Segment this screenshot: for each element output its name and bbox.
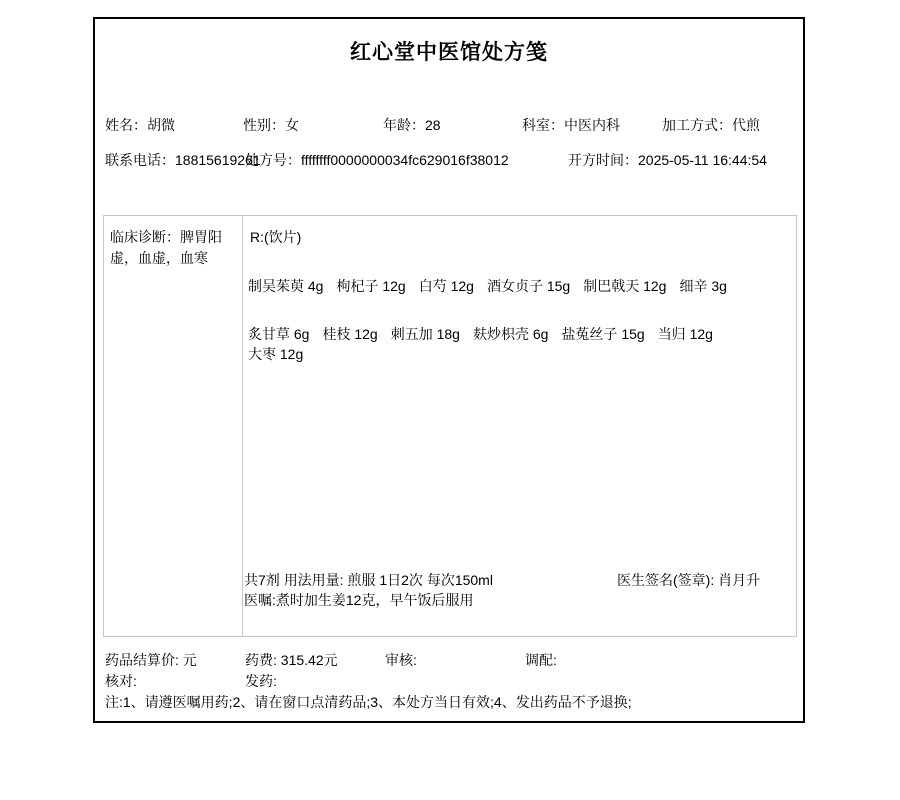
info-age-value: 28 xyxy=(425,117,441,133)
herb-item: 细辛 3g xyxy=(679,278,726,294)
medical-advice: 医嘱:煮时加生姜12克，早午饭后服用 xyxy=(244,590,790,610)
check-field: 核对: xyxy=(105,671,137,691)
herb-dose: 12g xyxy=(451,278,474,294)
herb-name: 白芍 xyxy=(419,278,447,294)
issue-label: 发药: xyxy=(245,673,277,689)
info-rx-time: 开方时间：2025-05-11 16:44:54 xyxy=(568,150,767,170)
herb-line-1: 制吴茱萸 4g枸杞子 12g白芍 12g酒女贞子 15g制巴戟天 12g细辛 3… xyxy=(248,276,788,296)
herb-item: 白芍 12g xyxy=(419,278,474,294)
info-gender: 性别：女 xyxy=(243,115,299,135)
info-rx-number-label: 处方号： xyxy=(245,152,301,168)
footer-note: 注:1、请遵医嘱用药;2、请在窗口点清药品;3、本处方当日有效;4、发出药品不予… xyxy=(105,692,632,712)
dispense-field: 调配: xyxy=(525,650,557,670)
clinical-diagnosis: 临床诊断：脾胃阳虚，血虚，血寒 xyxy=(110,227,236,269)
herb-name: 麸炒枳壳 xyxy=(473,326,529,342)
herb-name: 刺五加 xyxy=(391,326,433,342)
herb-dose: 12g xyxy=(643,278,666,294)
info-name: 姓名：胡微 xyxy=(105,115,175,135)
diagnosis-column: 临床诊断：脾胃阳虚，血虚，血寒 xyxy=(104,216,243,636)
herb-item: 酒女贞子 15g xyxy=(487,278,570,294)
page-title: 红心堂中医馆处方笺 xyxy=(95,36,803,66)
herb-line-2: 炙甘草 6g桂枝 12g刺五加 18g麸炒枳壳 6g盐菟丝子 15g当归 12g… xyxy=(248,324,788,364)
herb-dose: 18g xyxy=(437,326,460,342)
info-name-label: 姓名： xyxy=(105,117,147,133)
herb-dose: 15g xyxy=(621,326,644,342)
herb-dose: 6g xyxy=(294,326,310,342)
herb-name: 细辛 xyxy=(679,278,707,294)
usage-value: 煎服 1日2次 每次150ml xyxy=(347,572,492,588)
herb-dose: 15g xyxy=(547,278,570,294)
info-phone: 联系电话：18815619261 xyxy=(105,150,261,170)
herb-name: 桂枝 xyxy=(322,326,350,342)
info-rx-number: 处方号：ffffffff0000000034fc629016f38012 xyxy=(245,150,509,170)
info-gender-value: 女 xyxy=(285,117,299,133)
herb-dose: 12g xyxy=(690,326,713,342)
doctor-signature-value: 肖月升 xyxy=(718,572,760,588)
info-phone-label: 联系电话： xyxy=(105,152,175,168)
medicine-fee: 药费: 315.42元 xyxy=(245,650,338,670)
medicine-fee-label: 药费: xyxy=(245,652,277,668)
herb-item: 桂枝 12g xyxy=(322,326,377,342)
herb-name: 盐菟丝子 xyxy=(561,326,617,342)
herb-name: 大枣 xyxy=(248,346,276,362)
review-field: 审核: xyxy=(385,650,417,670)
rx-bottom-block: 共7剂 用法用量: 煎服 1日2次 每次150ml 医生签名(签章): 肖月升 … xyxy=(244,570,790,610)
info-gender-label: 性别： xyxy=(243,117,285,133)
herb-name: 制吴茱萸 xyxy=(248,278,304,294)
info-rx-time-label: 开方时间： xyxy=(568,152,638,168)
dosage-total: 共7剂 xyxy=(244,572,280,588)
prescription-sheet: 红心堂中医馆处方笺 姓名：胡微 性别：女 年龄：28 科室：中医内科 加工方式：… xyxy=(93,17,805,723)
info-department-value: 中医内科 xyxy=(564,117,620,133)
herb-dose: 12g xyxy=(382,278,405,294)
herb-dose: 12g xyxy=(354,326,377,342)
info-processing-label: 加工方式： xyxy=(662,117,732,133)
herb-dose: 3g xyxy=(711,278,727,294)
doctor-signature-label: 医生签名(签章): xyxy=(617,572,714,588)
herb-dose: 6g xyxy=(533,326,549,342)
info-age: 年龄：28 xyxy=(383,115,441,135)
herb-item: 当归 12g xyxy=(658,326,713,342)
review-label: 审核: xyxy=(385,652,417,668)
info-department: 科室：中医内科 xyxy=(522,115,620,135)
herb-item: 大枣 12g xyxy=(248,346,303,362)
medical-advice-label: 医嘱: xyxy=(244,592,276,608)
herb-name: 酒女贞子 xyxy=(487,278,543,294)
herb-name: 枸杞子 xyxy=(336,278,378,294)
prescription-box: 临床诊断：脾胃阳虚，血虚，血寒 R:(饮片) 制吴茱萸 4g枸杞子 12g白芍 … xyxy=(103,215,797,637)
doctor-signature: 医生签名(签章): 肖月升 xyxy=(617,570,760,590)
herb-item: 制巴戟天 12g xyxy=(583,278,666,294)
herb-item: 刺五加 18g xyxy=(391,326,460,342)
check-label: 核对: xyxy=(105,673,137,689)
herb-name: 制巴戟天 xyxy=(583,278,639,294)
info-rx-time-value: 2025-05-11 16:44:54 xyxy=(638,152,767,168)
herb-item: 枸杞子 12g xyxy=(336,278,405,294)
info-processing-value: 代煎 xyxy=(732,117,760,133)
medical-advice-value: 煮时加生姜12克，早午饭后服用 xyxy=(276,592,474,608)
info-name-value: 胡微 xyxy=(147,117,175,133)
medicine-fee-value: 315.42元 xyxy=(281,652,338,668)
herb-dose: 4g xyxy=(308,278,324,294)
rx-header: R:(饮片) xyxy=(250,227,301,247)
herb-item: 麸炒枳壳 6g xyxy=(473,326,548,342)
herb-item: 制吴茱萸 4g xyxy=(248,278,323,294)
info-department-label: 科室： xyxy=(522,117,564,133)
herb-name: 炙甘草 xyxy=(248,326,290,342)
settle-price: 药品结算价: 元 xyxy=(105,650,197,670)
herb-dose: 12g xyxy=(280,346,303,362)
settle-price-value: 元 xyxy=(183,652,197,668)
dispense-label: 调配: xyxy=(525,652,557,668)
diagnosis-label: 临床诊断： xyxy=(110,229,180,245)
info-processing: 加工方式：代煎 xyxy=(662,115,760,135)
usage-label: 用法用量: xyxy=(284,572,344,588)
herb-item: 炙甘草 6g xyxy=(248,326,309,342)
herb-name: 当归 xyxy=(658,326,686,342)
info-age-label: 年龄： xyxy=(383,117,425,133)
herb-item: 盐菟丝子 15g xyxy=(561,326,644,342)
settle-price-label: 药品结算价: xyxy=(105,652,179,668)
dosage-summary: 共7剂 用法用量: 煎服 1日2次 每次150ml 医生签名(签章): 肖月升 xyxy=(244,570,790,590)
issue-field: 发药: xyxy=(245,671,277,691)
info-rx-number-value: ffffffff0000000034fc629016f38012 xyxy=(301,152,509,168)
